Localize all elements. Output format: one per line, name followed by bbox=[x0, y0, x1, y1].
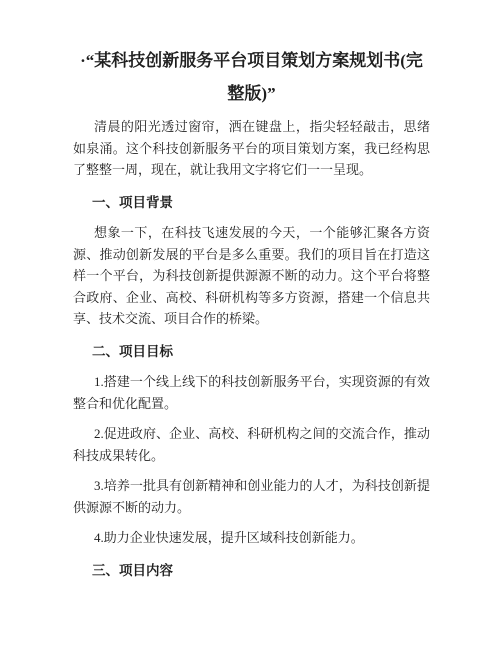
document-page: ·“某科技创新服务平台项目策划方案规划书(完整版)” 清晨的阳光透过窗帘，洒在键… bbox=[0, 0, 500, 647]
background-paragraph: 想象一下，在科技飞速发展的今天，一个能够汇聚各方资源、推动创新发展的平台是多么重… bbox=[73, 222, 430, 330]
section-heading-goals: 二、项目目标 bbox=[73, 341, 430, 363]
goal-item-2: 2.促进政府、企业、高校、科研机构之间的交流合作，推动科技成果转化。 bbox=[73, 423, 430, 466]
goal-item-3: 3.培养一批具有创新精神和创业能力的人才，为科技创新提供源源不断的动力。 bbox=[73, 475, 430, 518]
document-title: ·“某科技创新服务平台项目策划方案规划书(完整版)” bbox=[73, 44, 430, 110]
goal-item-4: 4.助力企业快速发展，提升区域科技创新能力。 bbox=[73, 527, 430, 549]
intro-paragraph: 清晨的阳光透过窗帘，洒在键盘上，指尖轻轻敲击，思绪如泉涌。这个科技创新服务平台的… bbox=[73, 116, 430, 181]
section-heading-background: 一、项目背景 bbox=[73, 192, 430, 214]
goal-item-1: 1.搭建一个线上线下的科技创新服务平台，实现资源的有效整合和优化配置。 bbox=[73, 371, 430, 414]
section-heading-content: 三、项目内容 bbox=[73, 560, 430, 582]
